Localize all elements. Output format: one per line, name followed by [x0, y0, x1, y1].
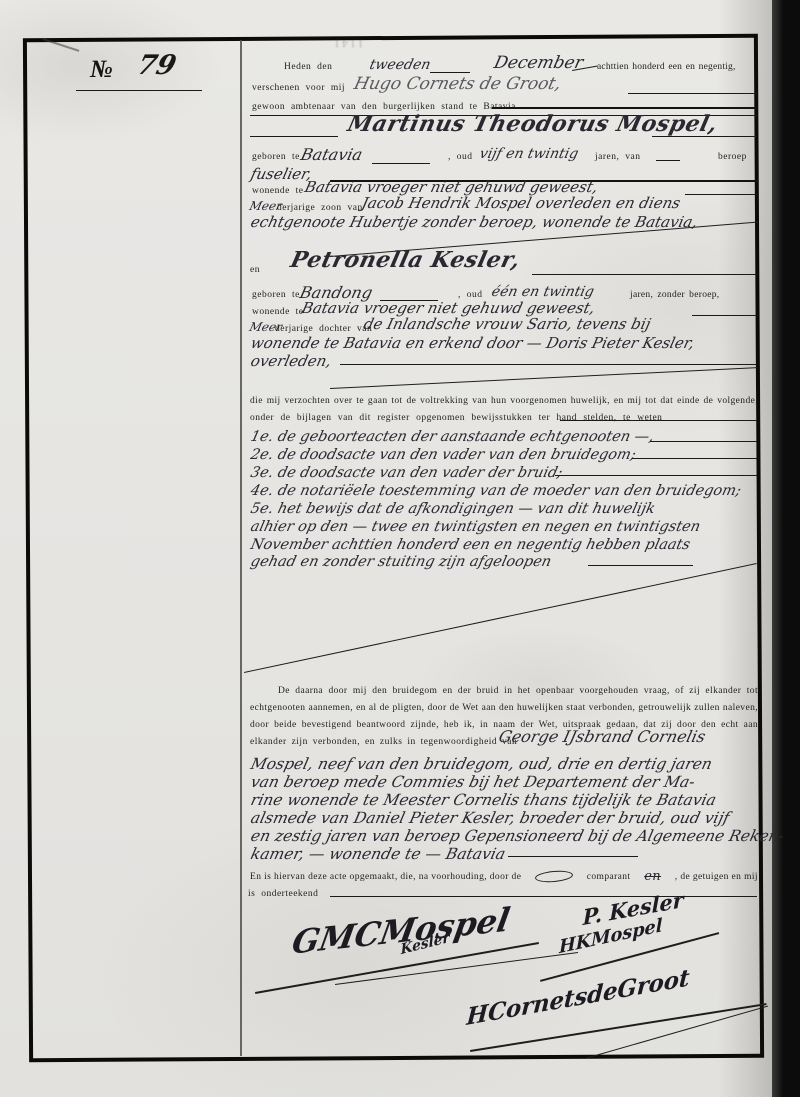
- doc-item-3-rule: [555, 475, 757, 476]
- heden-den-label: Heden den: [284, 62, 332, 72]
- bride-acknowledged-handwritten: wonende te Batavia en erkend door — Dori…: [249, 334, 696, 352]
- onderteekend-label: is onderteekend: [248, 889, 318, 899]
- groom-jaren-label: jaren, van: [595, 152, 640, 162]
- groom-wonende-label: wonende te: [252, 186, 304, 196]
- scanner-edge: [772, 0, 800, 1097]
- name-leading-rule: [250, 136, 338, 137]
- day-handwritten: tweeden: [368, 57, 432, 73]
- bride-mother-handwritten: de Inlandsche vrouw Sario, tevens bij: [362, 315, 653, 333]
- closing-part2: , de getuigen en mij: [675, 872, 758, 882]
- ceremony-line4: elkander zijn verbonden, en zulks in teg…: [250, 737, 517, 747]
- groom-name-handwritten: Martinus Theodorus Mospel,: [345, 111, 720, 137]
- doc-item-2: 2e. de doodsacte van den vader van den b…: [249, 447, 638, 463]
- closing-line: En is hiervan deze acte opgemaakt, die, …: [250, 869, 758, 884]
- weten-trailing-rule: [560, 420, 757, 421]
- strikeout-swirl: [535, 869, 574, 883]
- doc-item-3: 3e. de doodsacte van den vader der bruid…: [249, 465, 564, 481]
- fill-rule-4: [340, 364, 757, 365]
- witness-line-3: rine wonende te Meester Cornelis thans t…: [249, 791, 718, 809]
- verschenen-label: verschenen voor mij: [252, 83, 345, 93]
- bride-overleden-handwritten: overleden,: [249, 352, 333, 370]
- bride-en-label: en: [250, 265, 260, 275]
- groom-occupation-handwritten: fuselier,: [249, 165, 314, 183]
- groom-beroep-label: beroep: [718, 152, 747, 162]
- onderteekend-rule: [330, 896, 757, 897]
- bride-dochter-label: derjarige dochter van: [275, 324, 372, 334]
- groom-zoon-label: derjarige zoon van: [277, 203, 363, 213]
- groom-parents-line1: Jacob Hendrik Mospel overleden en diens: [360, 194, 682, 212]
- struck-suffix: en: [644, 869, 661, 884]
- bride-name-trailing-rule: [532, 274, 757, 275]
- bride-age-handwritten: één en twintig: [490, 284, 596, 300]
- bride-geboren-label: geboren te: [252, 290, 300, 300]
- doc-item-5a: 5e. het bewijs dat de afkondigingen — va…: [249, 501, 657, 517]
- groom-birthplace-handwritten: Batavia: [299, 145, 364, 164]
- ceremony-line2: echtgenooten aannemen, en al de pligten,…: [250, 703, 758, 713]
- doc-item-2-rule: [632, 458, 757, 459]
- groom-van-dash: [656, 160, 680, 161]
- doc-item-5c: November achttien honderd een en negenti…: [249, 537, 692, 553]
- bride-wonende-label: wonende te: [252, 307, 304, 317]
- year-printed: achttien honderd een en negentig,: [597, 62, 736, 72]
- act-number-label: №: [90, 56, 113, 84]
- groom-birthplace-dash: [372, 163, 430, 164]
- margin-divider-line: [240, 40, 242, 1056]
- doc-item-4: 4e. de notariëele toestemming van de moe…: [249, 483, 743, 499]
- doc-item-5b: alhier op den — twee en twintigsten en n…: [249, 519, 702, 535]
- witness-trailing-rule: [508, 856, 638, 857]
- closing-part1: En is hiervan deze acte opgemaakt, die, …: [250, 872, 521, 882]
- witness-line-4: alsmede van Daniel Pieter Kesler, broede…: [249, 809, 731, 827]
- name-trailing-rule: [652, 136, 757, 137]
- groom-age-handwritten: vijf en twintig: [478, 146, 580, 162]
- groom-oud-label: , oud: [448, 152, 473, 162]
- request-line2: onder de bijlagen van dit register opgen…: [250, 413, 662, 423]
- act-number-value: 79: [134, 50, 179, 81]
- closing-comparant: comparant: [587, 872, 631, 882]
- officiant-name-handwritten: Hugo Cornets de Groot,: [352, 74, 563, 94]
- marriage-act-scan: 1141 № 79 Heden den tweeden December ach…: [0, 0, 800, 1097]
- witness-line-6: kamer, — wonende te — Batavia: [249, 845, 507, 863]
- ceremony-line1: De daarna door mij den bruidegom en der …: [250, 686, 758, 696]
- witness-line-5: en zestig jaren van beroep Gepensioneerd…: [249, 827, 786, 845]
- doc-item-1-rule: [650, 441, 757, 442]
- afgeloopen-rule: [588, 565, 693, 566]
- act-number-underline: [76, 90, 202, 91]
- bride-name-handwritten: Petronella Kesler,: [288, 247, 523, 273]
- witness-line-1: Mospel, neef van den bruidegom, oud, dri…: [249, 755, 714, 773]
- witness1-name-handwritten: George IJsbrand Cornelis: [497, 727, 707, 746]
- dash-after-day: [430, 72, 470, 73]
- fill-rule-heavy-1: [492, 107, 757, 109]
- doc-item-5d: gehad en zonder stuiting zijn afgeloopen: [249, 554, 553, 570]
- bride-jaren-label: jaren, zonder beroep,: [630, 290, 719, 300]
- fill-rule-2: [685, 194, 757, 195]
- doc-item-1: 1e. de geboorteacten der aanstaande echt…: [249, 429, 656, 445]
- groom-geboren-label: geboren te: [252, 152, 300, 162]
- groom-parents-line2: echtgenoote Hubertje zonder beroep, wone…: [249, 213, 699, 231]
- request-line1: die mij verzochten over te gaan tot de v…: [250, 396, 758, 406]
- witness-line-2: van beroep mede Commies bij het Departem…: [249, 773, 697, 791]
- fill-rule-3: [692, 315, 757, 316]
- fill-rule-1: [628, 93, 757, 94]
- bleed-through-text: 1141: [332, 36, 364, 51]
